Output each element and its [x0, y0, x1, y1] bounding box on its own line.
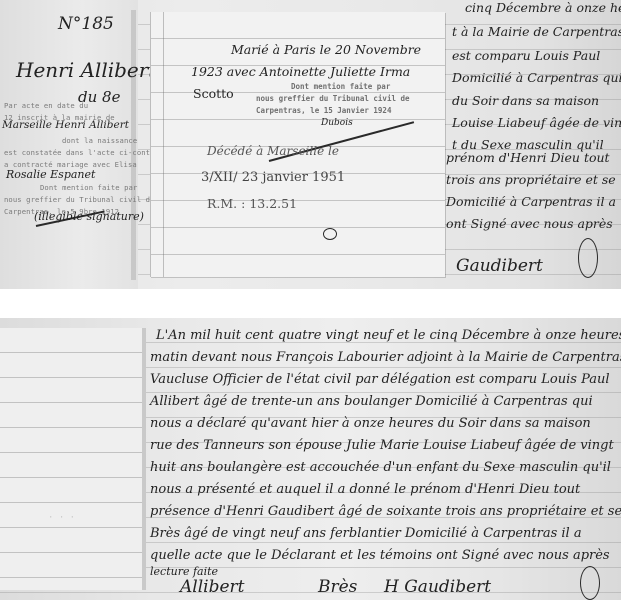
margin-name: Henri Allibert [16, 58, 156, 82]
signature-bres: Brès [318, 577, 357, 597]
signature-gaudibert: Gaudibert [456, 256, 543, 276]
register-text-line: cinq Décembre à onze heures [465, 0, 621, 15]
act-line: matin devant nous François Labourier adj… [150, 350, 621, 365]
register-page-top-view: N°185 Henri Allibert du 8e Par acte en d… [0, 0, 621, 289]
entry-number: N°185 [58, 14, 114, 34]
notice-line: Dont mention faite par [40, 183, 137, 192]
act-line: Vaucluse Officier de l'état civil par dé… [150, 372, 610, 387]
act-line: quelle acte que le Déclarant et les témo… [150, 548, 610, 563]
annotation-slip: Marié à Paris le 20 Novembre 1923 avec A… [150, 12, 445, 277]
register-text-line: trois ans propriétaire et se [446, 172, 616, 187]
margin-fold [131, 10, 136, 280]
notice-line-handwritten: Marseille Henri Allibert [2, 119, 129, 131]
marriage-line-1: Marié à Paris le 20 Novembre [231, 42, 421, 57]
register-page-bottom-view: · · · L'An mil huit cent quatre vingt ne… [0, 318, 621, 600]
act-line: nous a présenté et auquel il a donné le … [150, 482, 580, 497]
initial-mark [323, 228, 337, 240]
officer-signature-flourish [578, 238, 598, 278]
notice-line: est constatée dans l'acte ci-contre [4, 148, 159, 157]
register-text-line: du Soir dans sa maison [452, 93, 599, 108]
left-margin-annotations: N°185 Henri Allibert du 8e Par acte en d… [0, 0, 138, 289]
act-line: nous a déclaré qu'avant hier à onze heur… [150, 416, 591, 431]
margin-signature: (illegible signature) [34, 210, 144, 223]
register-text-line: ont Signé avec nous après [446, 216, 613, 231]
register-text-line: prénom d'Henri Dieu tout [446, 150, 610, 165]
lifted-slip-back: · · · [0, 328, 146, 590]
act-line: L'An mil huit cent quatre vingt neuf et … [156, 328, 621, 343]
notice-line: dont la naissance [62, 136, 137, 145]
slip-margin-line [163, 12, 164, 277]
notice-line: nous greffier du Tribunal civil de [4, 195, 155, 204]
rm-line: R.M. : 13.2.51 [207, 196, 297, 211]
signature-gaudibert: H Gaudibert [384, 577, 491, 597]
marriage-line-3: Scotto [193, 86, 234, 101]
register-text-line: t à la Mairie de Carpentras [452, 24, 621, 39]
register-text-line: est comparu Louis Paul [452, 48, 600, 63]
bleed-through-text: · · · [48, 513, 75, 523]
spouse-name: Rosalie Espanet [6, 168, 95, 181]
marriage-line-2: 1923 avec Antoinette Juliette Irma [191, 64, 410, 79]
clerk-signature: Dubois [321, 118, 353, 128]
act-line: Brès âgé de vingt neuf ans ferblantier D… [150, 526, 582, 541]
stamp-line: Carpentras, le 15 Janvier 1924 [256, 106, 391, 115]
act-line: Allibert âgé de trente-un ans boulanger … [150, 394, 593, 409]
stamp-line: Dont mention faite par [291, 82, 390, 91]
death-line: Décédé à Marseille le [207, 144, 339, 158]
death-date-line: 3/XII/ 23 janvier 1951 [201, 170, 345, 185]
register-text-line: Domicilié à Carpentras qui [452, 70, 621, 85]
register-text-line: Louise Liabeuf âgée de vingt [452, 115, 621, 130]
act-line: rue des Tanneurs son épouse Julie Marie … [150, 438, 614, 453]
officer-signature-flourish [580, 566, 600, 600]
act-line: huit ans boulangère est accouchée d'un e… [150, 460, 611, 475]
stamp-line: nous greffier du Tribunal civil de [256, 94, 410, 103]
notice-line: Par acte en date du [4, 101, 88, 110]
register-text-line: Domicilié à Carpentras il a [446, 194, 616, 209]
act-line: présence d'Henri Gaudibert âgé de soixan… [150, 504, 621, 519]
signature-allibert: Allibert [180, 577, 245, 597]
